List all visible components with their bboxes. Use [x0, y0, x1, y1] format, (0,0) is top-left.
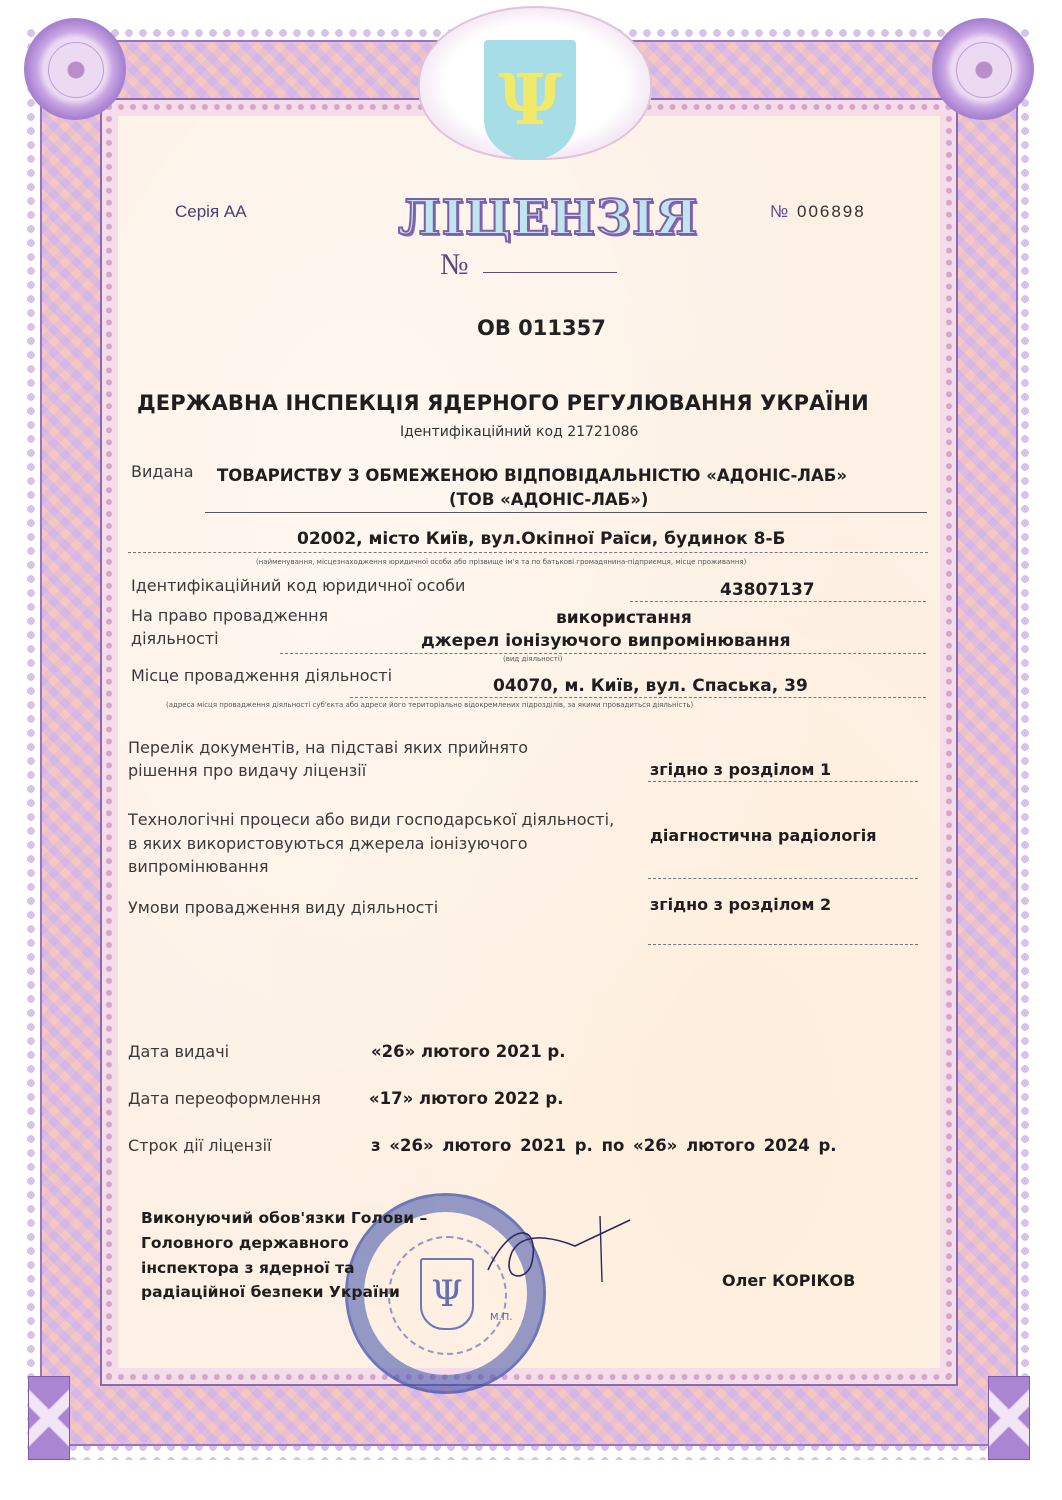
seal-trident-icon: Ψ — [420, 1258, 474, 1330]
form-number: № 006898 — [770, 202, 866, 222]
document-title: ЛІЦЕНЗІЯ — [398, 190, 699, 246]
conditions-label: Умови провадження виду діяльності — [128, 898, 438, 917]
number-sign: № — [770, 202, 790, 221]
place-value: 04070, м. Київ, вул. Спаська, 39 — [493, 676, 808, 696]
legal-id-code-value: 43807137 — [720, 580, 815, 600]
signatory-position-line3: інспектора з ядерної та — [141, 1259, 355, 1277]
issue-date-value: «26» лютого 2021 р. — [371, 1042, 566, 1061]
signatory-position-line4: радіаційної безпеки України — [141, 1283, 400, 1301]
validity-term-label: Строк дії ліцензії — [128, 1136, 272, 1155]
licensee-address: 02002, місто Київ, вул.Окіпної Раїси, бу… — [297, 529, 785, 549]
address-note: (найменування, місцезнаходження юридично… — [256, 558, 746, 566]
activity-label-line1: На право провадження — [131, 606, 328, 625]
activity-value-line2: джерел іонізуючого випромінювання — [421, 631, 791, 651]
corner-ornament-bottom-right-icon — [988, 1376, 1030, 1460]
coat-of-arms-icon: Ψ — [484, 40, 576, 160]
activity-value-line1: використання — [556, 608, 692, 628]
reissue-date-value: «17» лютого 2022 р. — [369, 1089, 564, 1108]
activity-underline — [280, 653, 926, 654]
id-code-underline — [630, 601, 926, 602]
tech-label-line2: в яких використовуються джерела іонізуюч… — [128, 834, 528, 853]
rosette-top-left-icon — [24, 18, 126, 120]
handwritten-signature-icon — [470, 1212, 690, 1292]
documents-value: згідно з розділом 1 — [650, 760, 831, 779]
seal-mark: М.П. — [490, 1312, 513, 1323]
authority-name: ДЕРЖАВНА ІНСПЕКЦІЯ ЯДЕРНОГО РЕГУЛЮВАННЯ … — [137, 391, 869, 415]
place-underline — [350, 697, 926, 698]
licensee-name: ТОВАРИСТВУ З ОБМЕЖЕНОЮ ВІДПОВІДАЛЬНІСТЮ … — [217, 466, 847, 485]
license-number: ОВ 011357 — [477, 316, 606, 340]
corner-ornament-bottom-left-icon — [28, 1376, 70, 1460]
issue-date-label: Дата видачі — [128, 1042, 229, 1061]
rosette-top-right-icon — [932, 18, 1034, 120]
tech-label-line3: випромінювання — [128, 857, 268, 876]
conditions-underline — [648, 944, 918, 945]
tech-label-line1: Технологічні процеси або види господарсь… — [128, 810, 614, 829]
authority-id-code: Ідентифікаційний код 21721086 — [400, 424, 638, 440]
conditions-value: згідно з розділом 2 — [650, 895, 831, 914]
licensee-short-name: (ТОВ «АДОНІС-ЛАБ») — [449, 490, 648, 509]
place-note: (адреса місця провадження діяльності суб… — [166, 701, 693, 709]
form-number-value: 006898 — [797, 202, 866, 221]
tech-value: діагностична радіологія — [650, 826, 876, 845]
series-label: Серія АА — [175, 202, 247, 222]
reissue-date-label: Дата переоформлення — [128, 1089, 321, 1108]
issued-to-label: Видана — [131, 462, 194, 481]
signatory-position-line2: Головного державного — [141, 1234, 349, 1252]
signer-name: Олег КОРІКОВ — [722, 1271, 855, 1290]
licensee-underline — [205, 512, 927, 513]
address-underline — [128, 552, 928, 553]
trident-icon: Ψ — [498, 65, 562, 135]
place-label: Місце провадження діяльності — [131, 666, 392, 685]
documents-label-line2: рішення про видачу ліцензії — [128, 761, 366, 780]
documents-label-line1: Перелік документів, на підставі яких при… — [128, 738, 528, 757]
validity-term-value: з «26» лютого 2021 р. по «26» лютого 202… — [371, 1136, 837, 1155]
tech-underline — [648, 878, 918, 879]
signatory-position-line1: Виконуючий обов'язки Голови – — [141, 1209, 427, 1227]
activity-note: (вид діяльності) — [503, 655, 563, 663]
documents-underline — [648, 781, 918, 782]
legal-id-code-label: Ідентифікаційний код юридичної особи — [131, 576, 465, 595]
license-number-label: № — [440, 248, 469, 282]
activity-label-line2: діяльності — [131, 629, 219, 648]
license-number-underline — [483, 272, 617, 273]
